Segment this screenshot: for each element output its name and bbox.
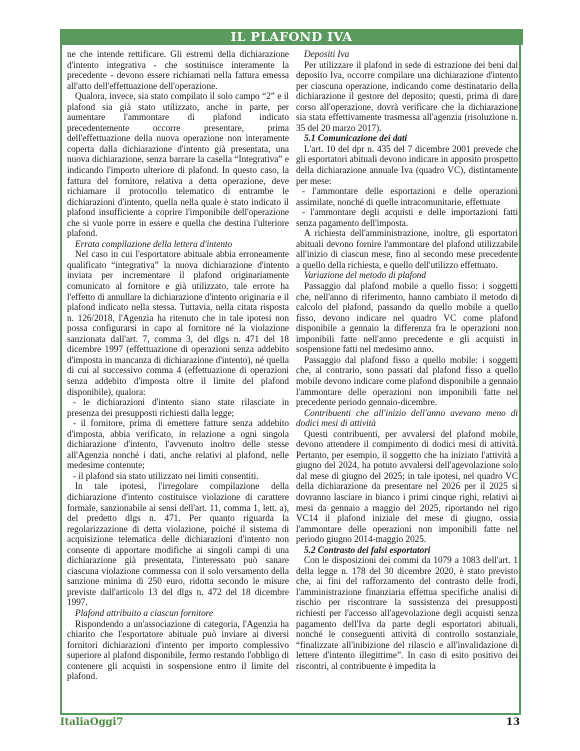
paragraph: Con le disposizioni dei commi da 1079 a …: [296, 555, 518, 671]
paragraph: In tale ipotesi, l'irregolare compilazio…: [67, 481, 289, 608]
paragraph: Passaggio dal plafond fisso a quello mob…: [296, 355, 518, 408]
publication-logo: ItaliaOggi7: [60, 717, 123, 728]
subheading: Errata compilazione della lettera d'inte…: [67, 239, 289, 250]
paragraph: Nel caso in cui l'esportatore abituale a…: [67, 249, 289, 397]
list-item: - l'ammontare delle esportazioni e delle…: [296, 186, 518, 207]
section-heading: 5.2 Contrasto dei falsi esportatori: [296, 545, 518, 556]
page-number: 13: [506, 717, 520, 728]
paragraph: Qualora, invece, sia stato compilato il …: [67, 91, 289, 239]
section-banner: IL PLAFOND IVA: [60, 29, 523, 45]
paragraph: L'art. 10 del dpr n. 435 del 7 dicembre …: [296, 144, 518, 186]
paragraph: Passaggio dal plafond mobile a quello fi…: [296, 281, 518, 355]
paragraph: ne che intende rettificare. Gli estremi …: [67, 49, 289, 91]
list-item: - le dichiarazioni d'intento siano state…: [67, 397, 289, 418]
paragraph: A richiesta dell'amministrazione, inoltr…: [296, 228, 518, 270]
subheading: Depositi Iva: [296, 49, 518, 60]
list-item: - il plafond sia stato utilizzato nei li…: [67, 471, 289, 482]
paragraph: Questi contribuenti, per avvalersi del p…: [296, 429, 518, 545]
subheading: Variazione del metodo di plafond: [296, 270, 518, 281]
subheading: Plafond attribuito a ciascun fornitore: [67, 608, 289, 619]
subheading: Contribuenti che all'inizio dell'anno av…: [296, 408, 518, 429]
paragraph: Per utilizzare il plafond in sede di est…: [296, 60, 518, 134]
paragraph: Rispondendo a un'associazione di categor…: [67, 619, 289, 682]
list-item: - il fornitore, prima di emettere fattur…: [67, 418, 289, 471]
list-item: - l'ammontare degli acquisti e delle imp…: [296, 207, 518, 228]
right-column: Depositi Iva Per utilizzare il plafond i…: [296, 49, 518, 671]
left-column: ne che intende rettificare. Gli estremi …: [67, 49, 289, 682]
section-heading: 5.1 Comunicazione dei dati: [296, 133, 518, 144]
